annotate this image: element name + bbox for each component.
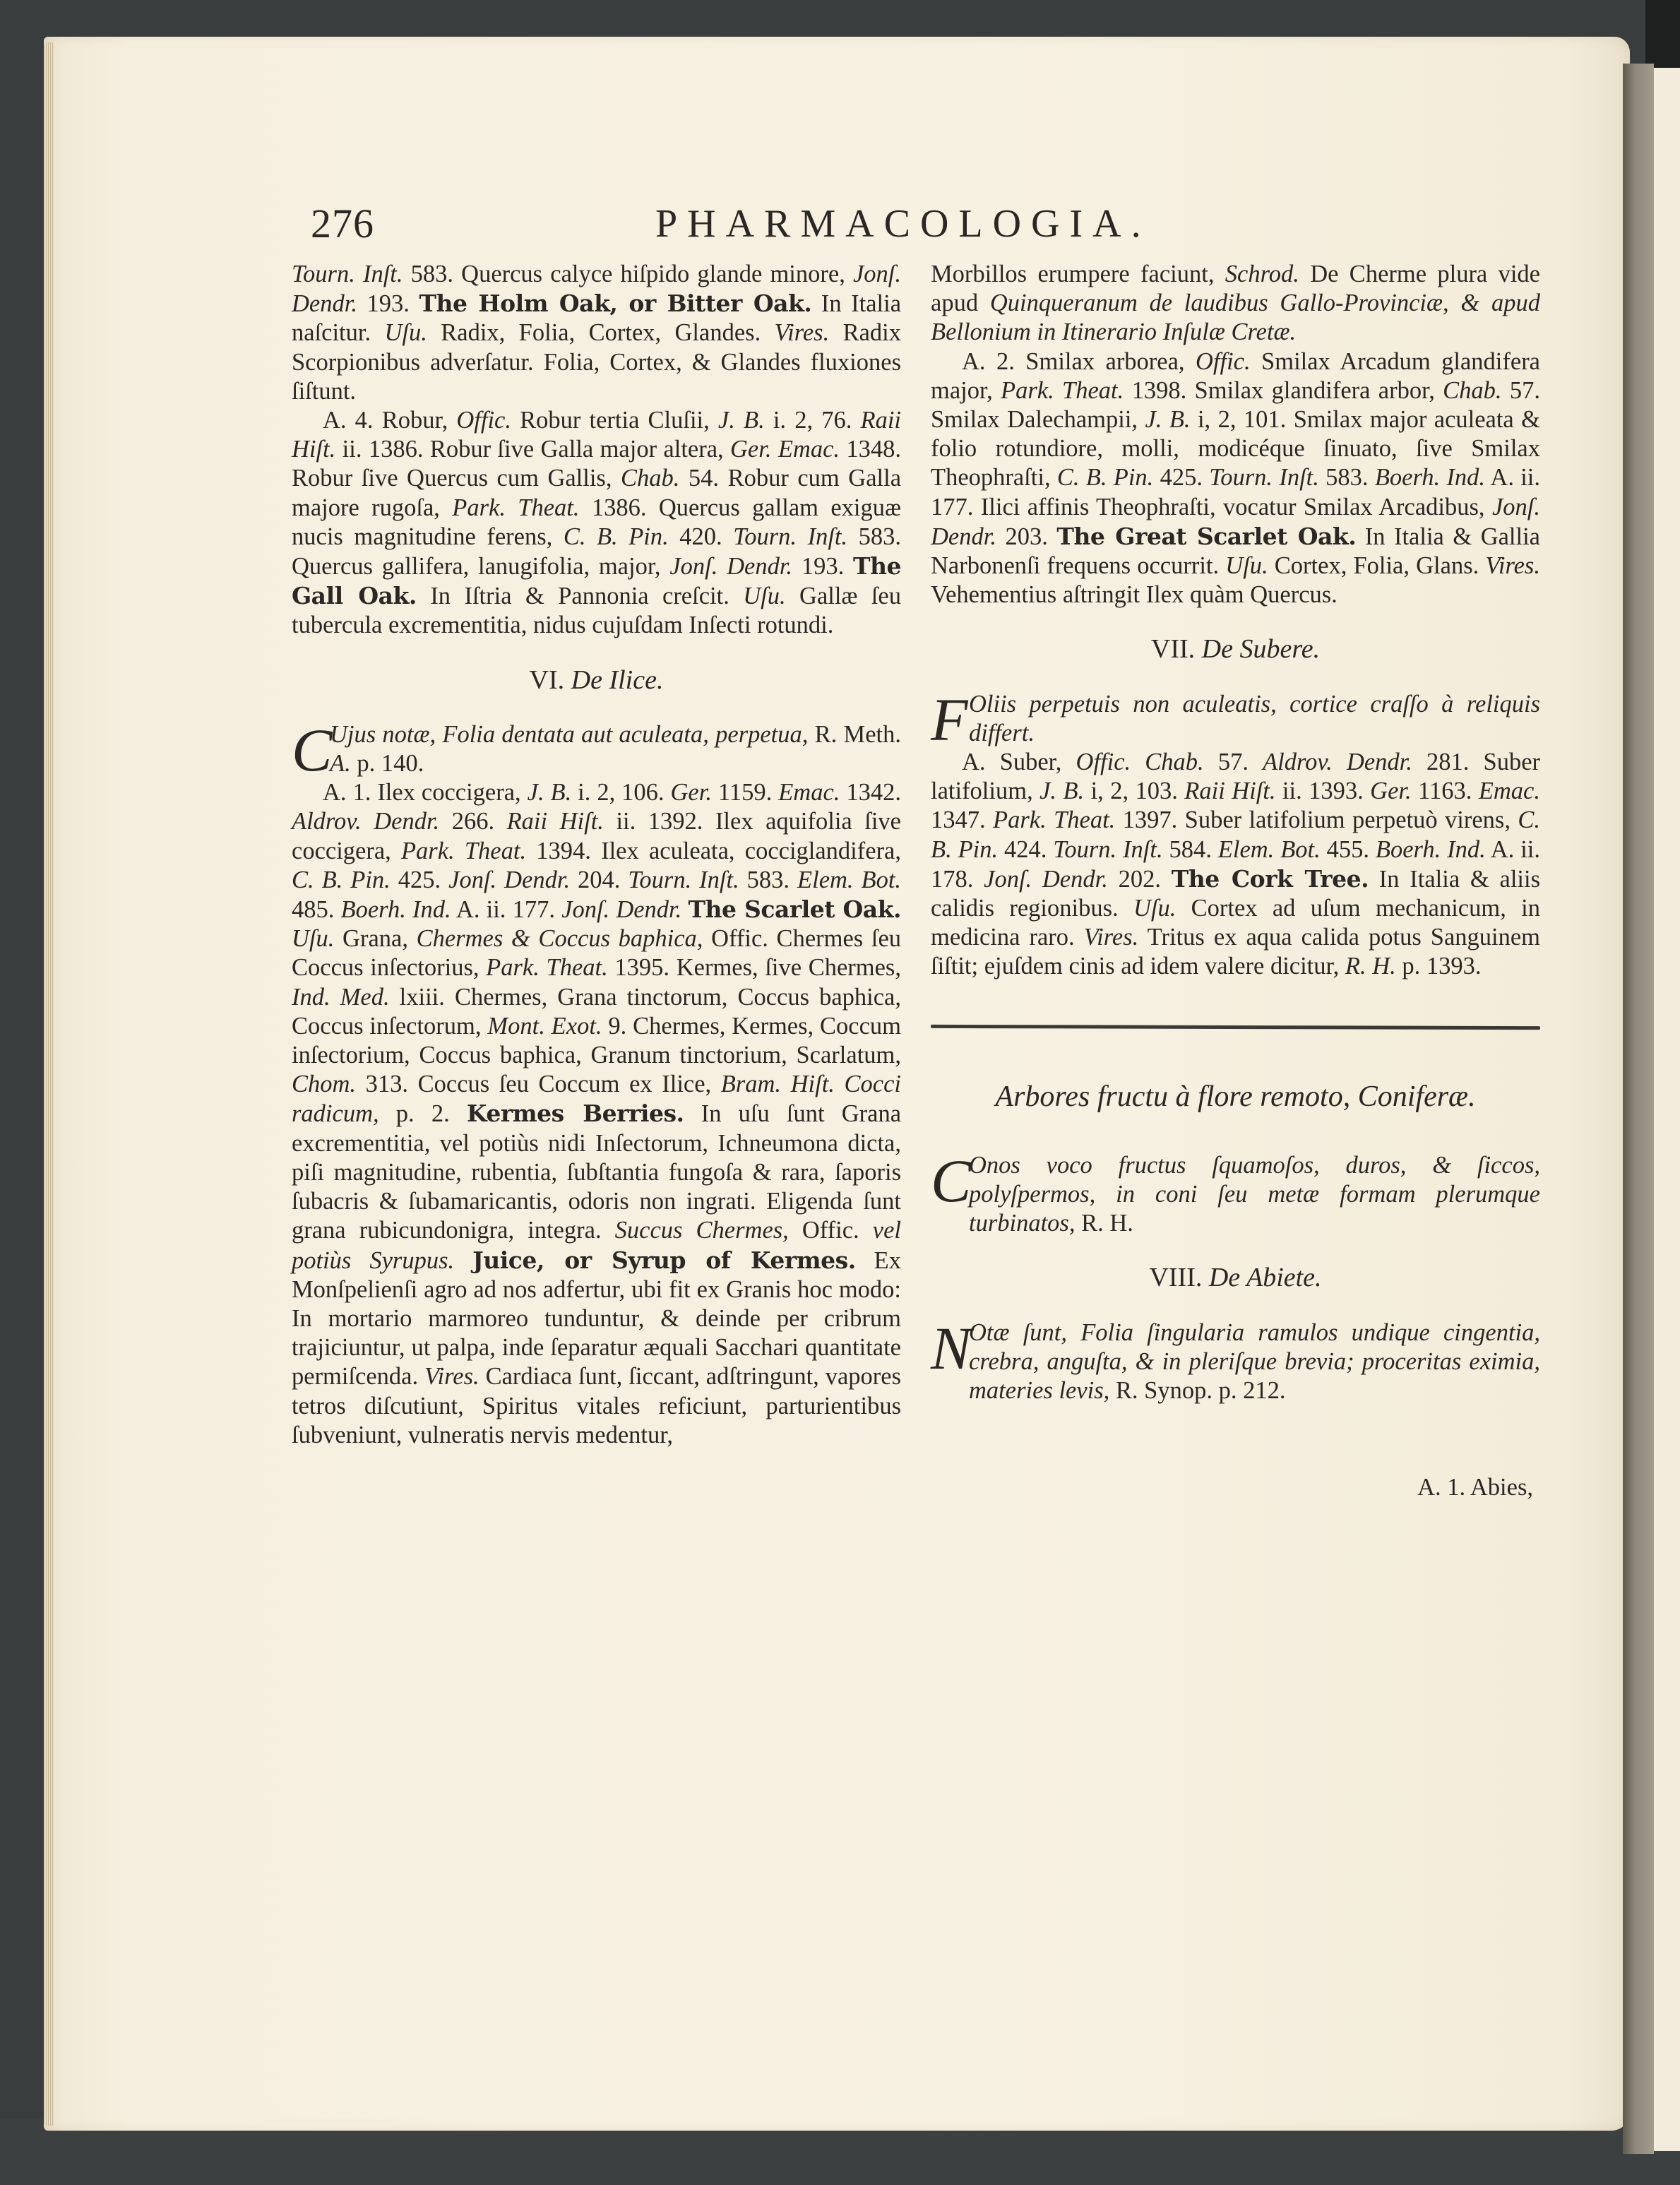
text: i. 2, 76. [765,407,861,434]
text: Robur tertia Cluſii, [511,407,718,434]
citation: Tourn. Inſt. [1209,464,1319,491]
citation: Jonſ. Dendr. [984,866,1108,893]
text: R. Synop. p. 212. [1109,1377,1285,1404]
citation: Offic. [1196,348,1251,375]
text: 420. [669,523,733,550]
citation: Boerh. Ind. [1376,836,1486,863]
citation: Aldrov. Dendr. [292,808,439,835]
section-heading-vi: VI. De Ilice. [292,666,901,695]
label-usu: Uſu. [292,925,334,952]
citation: Boerh. Ind. [341,896,451,923]
paragraph-abies-notes: NOtæ ſunt, Folia ſingularia ramulos undi… [931,1318,1540,1406]
text: 583. [739,867,797,893]
blackletter-common-name: The Scarlet Oak. [688,895,901,923]
section-heading-viii: VIII. De Abiete. [931,1263,1540,1292]
text: 202. [1108,866,1172,893]
citation: C. B. Pin. [1057,464,1153,491]
book-gutter [1623,64,1654,2154]
label-usu: Uſu. [743,583,785,609]
facing-page-edge [1654,68,1680,2151]
citation: J. B. [1145,406,1190,433]
citation: Elem. Bot. [1218,836,1321,863]
text: R. H. [1075,1210,1133,1237]
text: A. ii. 177. [451,896,561,923]
heading-name: De Subere. [1202,634,1320,664]
citation: Park. Theat. [401,838,526,864]
text: In Iſtria & Pannonia creſcit. [417,583,743,609]
running-title: PHARMACOLOGIA. [655,201,1151,246]
text: 57. [1204,749,1263,775]
text: 1394. Ilex aculeata, cocciglandifera, [526,838,901,864]
section-title-coniferae: Arbores fructu à flore remoto, Coniferæ. [931,1083,1540,1112]
citation: Schrod. [1225,261,1299,287]
label-vires: Vires. [1485,552,1540,579]
citation: Chermes & Coccus baphica, [417,925,703,952]
citation: C. B. Pin. [292,867,391,893]
citation: Jonſ. Dendr. [561,896,681,923]
citation: A. [330,750,351,777]
citation: Jonſ. Dendr. [448,867,570,893]
text [454,1247,472,1274]
label-usu: Uſu. [1133,895,1176,922]
text: 1398. Smilax glandifera arbor, [1124,377,1443,404]
paragraph-robur: A. 4. Robur, Offic. Robur tertia Cluſii,… [292,406,901,641]
citation: Raii Hiſt. [507,808,604,835]
citation: J. B. [1039,778,1084,804]
running-head: 276 PHARMACOLOGIA. [311,200,1525,263]
paragraph-smilax: A. 2. Smilax arborea, Offic. Smilax Arca… [931,347,1540,610]
citation: Offic. [1076,749,1131,775]
text: p. 2. [379,1100,467,1127]
citation: Mont. Exot. [487,1013,602,1040]
text: A. Suber, [962,749,1076,775]
paragraph-ilex-coccigera: A. 1. Ilex coccigera, J. B. i. 2, 106. G… [292,778,901,1450]
label-vires: Vires. [1084,924,1139,951]
text: 584. [1163,836,1218,863]
paragraph-suber-notes: FOliis perpetuis non aculeatis, cortice … [931,690,1540,748]
label-usu: Uſu. [1225,552,1268,579]
citation: Chab. [1145,749,1203,775]
heading-numeral: VII. [1151,634,1202,664]
citation: Tourn. Inſt. [628,867,739,893]
text: i. 2, 106. [571,779,670,806]
text: A. 1. Ilex coccigera, [323,779,528,806]
text: ii. 1386. Robur ſive Galla major altera, [335,436,730,463]
text [1131,749,1145,775]
citation: J. B. [718,407,765,434]
citation: Park. Theat. [452,494,579,521]
text: A. 4. Robur, [323,407,456,434]
citation: Succus Chermes, [615,1217,789,1244]
page-edges [44,42,54,2126]
citation: Jonſ. Dendr. [669,553,792,580]
text: Grana, [334,925,416,952]
catchword: A. 1. Abies, [931,1473,1540,1502]
citation: Ger. Emac. [730,436,840,463]
heading-numeral: VI. [530,665,571,695]
text: 583. [1319,464,1375,491]
text: 204. [570,867,628,893]
text: 425. [1153,464,1209,491]
text: 193. [792,553,853,580]
text: 266. [439,808,506,835]
text: A. 2. Smilax arborea, [962,348,1196,375]
heading-name: De Abiete. [1209,1263,1322,1292]
citation: Raii Hiſt. [1184,778,1275,804]
text: 425. [391,867,448,893]
heading-numeral: VIII. [1149,1263,1208,1292]
citation: Tourn. Inſt. [1053,836,1162,863]
paragraph-conos: COnos voco fructus ſquamoſos, duros, & ſ… [931,1151,1540,1239]
citation: Park. Theat. [486,954,608,981]
blackletter-common-name: The Holm Oak, or Bitter Oak. [419,290,811,317]
text: p. 1393. [1396,953,1482,980]
heading-name: De Ilice. [571,665,664,695]
citation: Chab. [621,465,679,492]
citation: Emac. [778,779,840,806]
text: 583. Quercus calyce hiſpido glande minor… [403,261,853,287]
text: 1347. [931,806,993,833]
text: Offic. [789,1217,873,1244]
citation: Ind. Med. [292,984,390,1011]
citation: Park. Theat. [993,806,1115,833]
citation: C. B. Pin. [564,523,669,550]
text: 1342. [840,779,901,806]
right-column: Morbillos erumpere faciunt, Schrod. De C… [931,260,1540,1503]
drop-cap: C [292,722,332,778]
text: 193. [357,290,419,317]
text: ii. 1393. [1276,778,1371,804]
citation: Boerh. Ind. [1375,464,1485,491]
text: 1159. [712,779,778,806]
text: Onos voco fructus ſquamoſos, duros, & ſi… [969,1152,1540,1237]
citation: Tourn. Inſt. [733,523,847,550]
citation: Offic. [456,407,511,434]
text: 313. Coccus ſeu Coccum ex Ilice, [356,1071,721,1097]
citation: Chom. [292,1071,356,1097]
text: Ujus notæ, Folia dentata aut aculeata, p… [330,721,808,748]
citation: Chab. [1443,377,1501,404]
text: 485. [292,896,341,923]
drop-cap: N [931,1320,971,1376]
citation: Park. Theat. [1001,377,1124,404]
text: R. Meth. [808,721,901,748]
blackletter-common-name: Juice, or Syrup of Kermes. [472,1246,856,1274]
drop-cap: F [931,691,968,748]
label-usu: Uſu. [384,319,427,346]
text: Radix, Folia, Cortex, Glandes. [427,319,775,346]
section-divider-rule [931,1025,1540,1030]
label-vires: Vires. [775,319,830,346]
paragraph-ilex-notes: CUjus notæ, Folia dentata aut aculeata, … [292,720,901,778]
blackletter-common-name: The Cork Tree. [1172,865,1369,893]
citation: Ger. [1370,778,1411,804]
text: 455. [1321,836,1376,863]
text: p. 140. [351,750,424,777]
text: Morbillos erumpere faciunt, [931,261,1225,287]
page-number: 276 [311,200,374,247]
text: Oliis perpetuis non aculeatis, cortice c… [969,691,1540,746]
citation: J. B. [528,779,572,806]
citation: Ger. [671,779,712,806]
blackletter-common-name: Kermes Berries. [467,1100,684,1127]
citation: Elem. Bot. [797,867,901,893]
left-column: Tourn. Inſt. 583. Quercus calyce hiſpido… [292,260,901,1450]
text: Vehementius aſtringit Ilex quàm Quercus. [931,581,1338,608]
text: 1395. Kermes, ſive Chermes, [608,954,901,981]
text: 424. [998,836,1053,863]
citation: Quinqueranum de laudibus Gallo-Provinciæ… [931,290,1540,345]
blackletter-common-name: The Great Scarlet Oak. [1056,523,1356,550]
citation: Emac. [1479,778,1540,804]
paragraph-morbillos: Morbillos erumpere faciunt, Schrod. De C… [931,260,1540,347]
label-vires: Vires. [424,1363,479,1390]
text: 1163. [1412,778,1479,804]
section-heading-vii: VII. De Subere. [931,635,1540,664]
text: Cortex, Folia, Glans. [1268,552,1486,579]
citation: Aldrov. Dendr. [1263,749,1412,775]
paragraph-suber: A. Suber, Offic. Chab. 57. Aldrov. Dendr… [931,748,1540,982]
text: i, 2, 103. [1084,778,1184,804]
paragraph-holm-oak: Tourn. Inſt. 583. Quercus calyce hiſpido… [292,260,901,406]
citation: R. H. [1345,953,1396,980]
text: 1397. Suber latifolium perpetuò virens, [1115,806,1518,833]
scan-backdrop-corner [1645,0,1680,68]
drop-cap: C [931,1153,971,1209]
text: 203. [996,523,1056,550]
citation: Tourn. Inſt. [292,261,403,287]
